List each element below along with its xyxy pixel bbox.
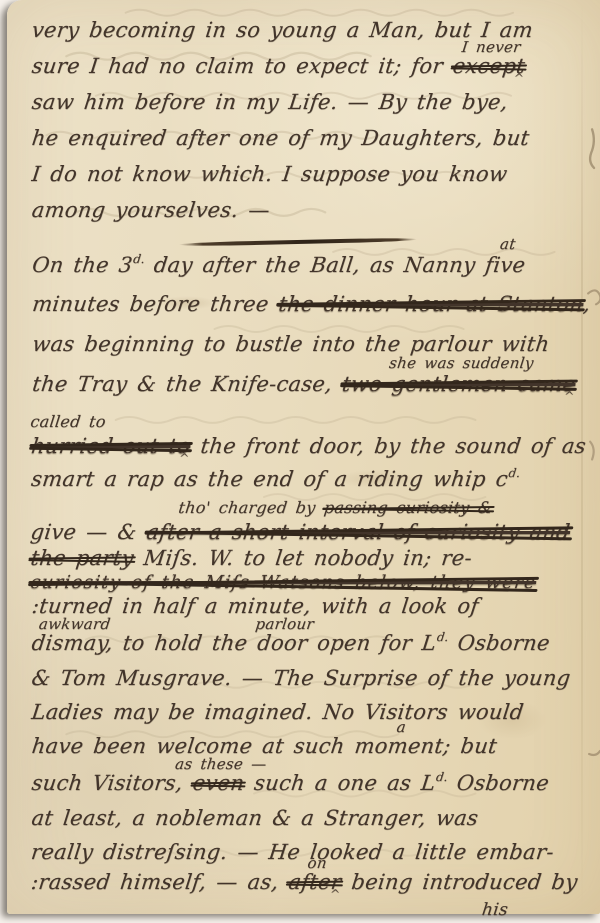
manuscript-line: Ladies may be imagined. No Visitors woul… [29, 700, 600, 734]
text-segment: day after the Ball, as Nanny [143, 253, 487, 277]
text-segment: I do not know which. I suppose you know [30, 162, 508, 186]
text-segment: was beginning to bustle into the parlour… [31, 332, 551, 356]
inserted-text: parlour [255, 617, 315, 632]
superscript-text: d. [508, 466, 521, 480]
manuscript-line: & Tom Musgrave. — The Surprise of the yo… [29, 666, 600, 700]
manuscript-line: among yourselves. — [29, 198, 600, 234]
text-segment: really distreſsing. — He looked a little… [30, 840, 556, 864]
caret-mark: ^ [563, 389, 575, 403]
manuscript-paragraph: On the 3d. day after the Ball, as Nanny … [29, 252, 600, 918]
inserted-text: on [307, 856, 328, 871]
manuscript-line: dismay,awkward to hold the doorparlour o… [29, 630, 600, 666]
deleted-text: two gentlemen came [341, 372, 577, 396]
text-segment: :rassed himself, — as, [30, 870, 290, 894]
text-segment: such Visitors, [30, 771, 194, 795]
manuscript-line: :rassed himself, — as, afteron^ being in… [29, 870, 600, 900]
deleted-text: passing curiosity & [323, 498, 494, 517]
deleted-text: curiosity of the Miſs Watsons below, the… [29, 572, 537, 593]
text-segment: the front door, by the sound of as [189, 434, 587, 458]
text-segment: called to [29, 412, 107, 431]
manuscript: very becoming in so young a Man, but I a… [7, 0, 600, 914]
inserted-text: I never [461, 40, 522, 55]
text-segment: saw him before in my Life. — By the bye, [30, 90, 509, 114]
revision-stack: evenas these — [191, 771, 245, 795]
inserted-text: a [396, 720, 407, 735]
section-divider-flourish [179, 237, 417, 246]
manuscript-line: the Tray & the Knife-case, two gentlemen… [29, 372, 600, 412]
manuscript-line: :turned in half a minute, with a look of [29, 594, 600, 630]
revision-stack: doorparlour [256, 631, 309, 655]
inserted-text: at [499, 237, 516, 252]
manuscript-line: give — & after a short interval of curio… [29, 520, 600, 546]
text-segment: his [481, 900, 509, 920]
manuscript-line: he enquired after one of my Daughters, b… [29, 126, 600, 162]
text-segment: open for L [306, 631, 438, 655]
caret-mark: ^ [329, 887, 341, 901]
revision-stack: momenta [353, 734, 445, 758]
deleted-text: hurried out to [30, 434, 192, 458]
text-segment: sure I had no claim to expect it; for [30, 54, 454, 78]
manuscript-line: called to [29, 412, 600, 434]
manuscript-line: such Visitors, evenas these — such a one… [29, 770, 600, 806]
manuscript-line: the party Miſs. W. to let nobody in; re- [29, 546, 600, 572]
inserted-text: she was suddenly [388, 356, 534, 371]
deleted-text: after a short interval of curiosity and [145, 520, 571, 544]
revision-stack: dismay,awkward [30, 631, 114, 655]
deleted-text: the dinner hour at Stanton [277, 292, 585, 316]
text-segment: Osborne [445, 771, 550, 795]
inserted-text: as these — [174, 757, 267, 772]
caret-mark: ^ [513, 71, 525, 85]
inserted-text: awkward [38, 617, 111, 632]
text-segment: On the 3 [31, 253, 134, 277]
text-segment: & Tom Musgrave. — The Surprise of the yo… [30, 666, 572, 690]
text-segment: among yourselves. — [30, 198, 271, 222]
manuscript-line: hurried out to^ the front door, by the s… [29, 434, 600, 466]
text-segment: at least, a nobleman & a Stranger, was [30, 806, 479, 830]
manuscript-paper: very becoming in so young a Man, but I a… [7, 0, 600, 914]
text-segment: Ladies may be imagined. No Visitors woul… [30, 700, 525, 724]
caret-mark: ^ [178, 451, 190, 465]
text-segment: door [256, 631, 309, 655]
text-segment: Miſs. W. to let nobody in; re- [132, 546, 473, 570]
deleted-text: even [191, 771, 245, 795]
manuscript-line: have been welcome at such momenta; but [29, 734, 600, 770]
manuscript-line: minutes before three the dinner hour at … [29, 292, 600, 332]
manuscript-line: his [481, 900, 600, 918]
manuscript-paragraph: very becoming in so young a Man, but I a… [29, 18, 600, 234]
manuscript-line: at least, a nobleman & a Stranger, was [29, 806, 600, 840]
text-segment: tho' charged by [177, 498, 325, 517]
text-segment: he enquired after one of my Daughters, b… [30, 126, 530, 150]
text-segment: Osborne [446, 631, 551, 655]
text-segment: being introduced by [340, 870, 579, 894]
revision-stack: two gentlemen cameshe was suddenly [341, 372, 577, 396]
text-segment: the Tray & the Knife-case, [31, 372, 344, 396]
text-segment: ; but [442, 734, 499, 758]
text-segment: to hold the [112, 631, 259, 655]
scanned-manuscript-page: very becoming in so young a Man, but I a… [0, 0, 600, 923]
manuscript-line: On the 3d. day after the Ball, as Nanny … [29, 252, 600, 292]
manuscript-line: sure I had no claim to expect it; for ex… [29, 54, 600, 90]
manuscript-line: smart a rap as the end of a riding whip … [29, 466, 600, 498]
deleted-text: the party [29, 546, 135, 570]
manuscript-line: tho' charged by passing curiosity & [177, 498, 600, 520]
text-segment: dismay, [30, 631, 114, 655]
text-segment: very becoming in so young a Man, but I a… [30, 18, 534, 42]
manuscript-line: saw him before in my Life. — By the bye, [29, 90, 600, 126]
revision-stack: fiveat [484, 253, 527, 277]
text-segment: smart a rap as the end of a riding whip … [30, 467, 510, 491]
text-segment: five [484, 253, 527, 277]
manuscript-line: I do not know which. I suppose you know [29, 162, 600, 198]
manuscript-line: curiosity of the Miſs Watsons below, the… [29, 572, 600, 594]
text-segment: give — & [29, 520, 148, 544]
text-segment: minutes before three [31, 292, 280, 316]
text-segment: moment [353, 734, 445, 758]
text-segment: such a one as L [243, 771, 437, 795]
